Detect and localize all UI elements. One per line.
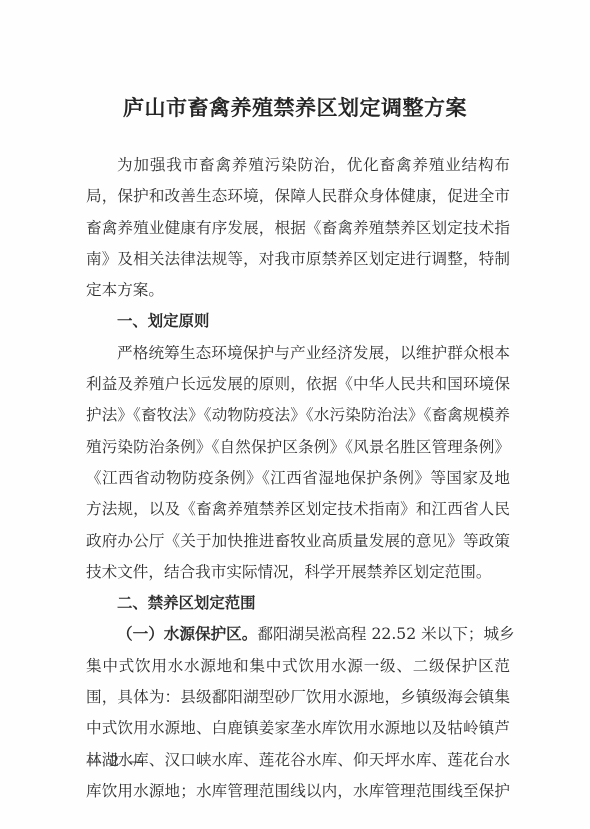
section-line: 方法规，以及《畜禽养殖禁养区划定技术指南》和江西省人民 (86, 494, 510, 525)
intro-line: 定本方案。 (86, 275, 510, 306)
section-heading-principles: 一、划定原则 (86, 306, 510, 337)
section-line: 利益及养殖户长远发展的原则，依据《中华人民共和国环境保 (86, 369, 510, 400)
section-line: 殖污染防治条例》《自然保护区条例》《风景名胜区管理条例》 (86, 432, 510, 463)
section-line: 技术文件，结合我市实际情况，科学开展禁养区划定范围。 (86, 557, 510, 588)
intro-line: 为加强我市畜禽养殖污染防治，优化畜禽养殖业结构布 (86, 150, 510, 181)
document-title: 庐山市畜禽养殖禁养区划定调整方案 (0, 92, 590, 122)
section-heading-scope: 二、禁养区划定范围 (86, 588, 510, 619)
document-page: 庐山市畜禽养殖禁养区划定调整方案 为加强我市畜禽养殖污染防治，优化畜禽养殖业结构… (0, 0, 590, 829)
subsection-first-line: （一）水源保护区。鄱阳湖吴淞高程 22.52 米以下；城乡 (86, 619, 510, 650)
section-line: 政府办公厅《关于加快推进畜牧业高质量发展的意见》等政策 (86, 526, 510, 557)
intro-line: 畜禽养殖业健康有序发展，根据《畜禽养殖禁养区划定技术指 (86, 213, 510, 244)
subsection-line: 林湖水库、汉口峡水库、莲花谷水库、仰天坪水库、莲花台水 (86, 745, 510, 776)
intro-line: 局，保护和改善生态环境，保障人民群众身体健康，促进全市 (86, 181, 510, 212)
section-line: 严格统筹生态环境保护与产业经济发展，以维护群众根本 (86, 338, 510, 369)
subsection-lead-water-source: （一）水源保护区。 (117, 625, 257, 643)
subsection-first-line-text: 鄱阳湖吴淞高程 22.52 米以下；城乡 (257, 625, 514, 643)
subsection-line: 库饮用水源地；水库管理范围线以内，水库管理范围线至保护 (86, 776, 510, 807)
subsection-line: 围，具体为：县级鄱阳湖型砂厂饮用水源地，乡镇级海会镇集 (86, 682, 510, 713)
subsection-line: 中式饮用水源地、白鹿镇姜家垄水库饮用水源地以及牯岭镇芦 (86, 713, 510, 744)
section-line: 《江西省动物防疫条例》《江西省湿地保护条例》等国家及地 (86, 463, 510, 494)
section-line: 护法》《畜牧法》《动物防疫法》《水污染防治法》《畜禽规模养 (86, 400, 510, 431)
intro-line: 南》及相关法律法规等，对我市原禁养区划定进行调整，特制 (86, 244, 510, 275)
page-number: — 2 — (86, 752, 145, 770)
document-body: 为加强我市畜禽养殖污染防治，优化畜禽养殖业结构布 局，保护和改善生态环境，保障人… (86, 150, 510, 807)
subsection-line: 集中式饮用水水源地和集中式饮用水源一级、二级保护区范 (86, 651, 510, 682)
